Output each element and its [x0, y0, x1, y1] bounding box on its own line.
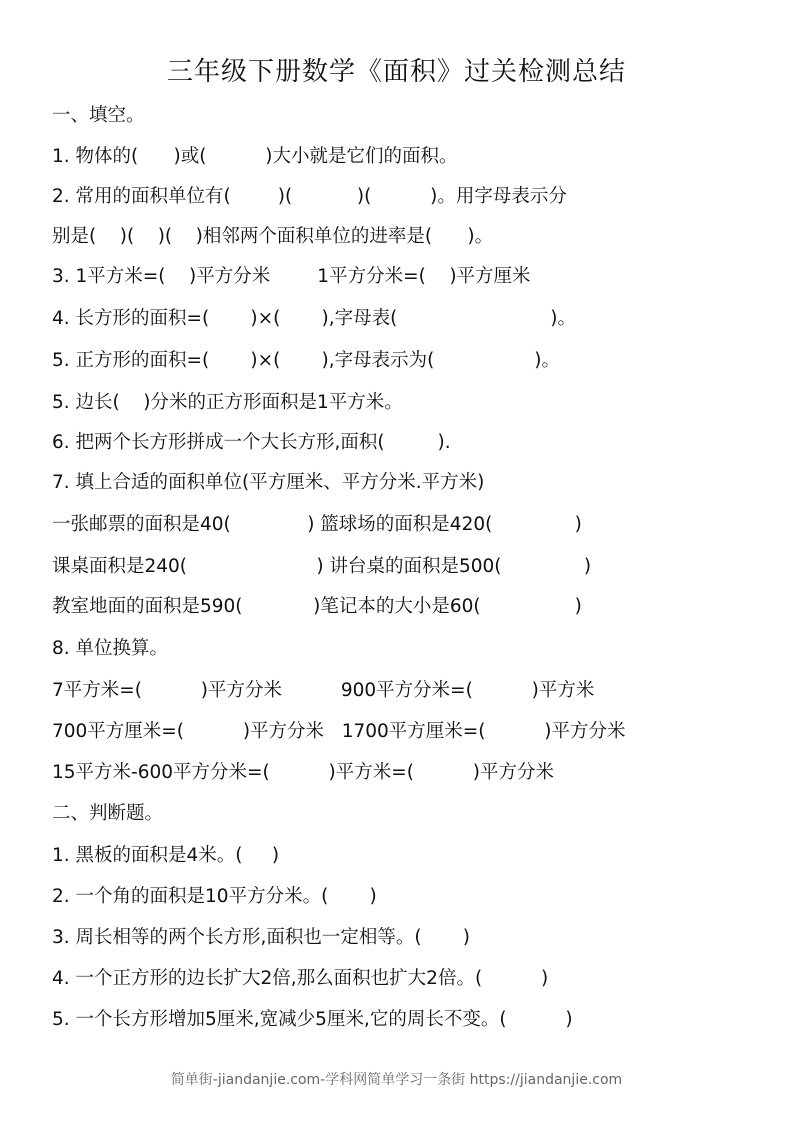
question-line: 4. 长方形的面积=( )×( ),字母表( )。 [52, 305, 576, 333]
question-line: 7. 填上合适的面积单位(平方厘米、平方分米.平方米) [52, 469, 484, 497]
page-title: 三年级下册数学《面积》过关检测总结 [0, 52, 793, 92]
section-heading-true-false: 二、判断题。 [52, 800, 163, 828]
question-line: 700平方厘米=( )平方分米 1700平方厘米=( )平方分米 [52, 718, 626, 746]
question-line: 7平方米=( )平方分米 900平方分米=( )平方米 [52, 677, 594, 705]
judgment-line: 3. 周长相等的两个长方形,面积也一定相等。( ) [52, 924, 470, 952]
judgment-line: 1. 黑板的面积是4米。( ) [52, 842, 279, 870]
question-line: 课桌面积是240( ) 讲台桌的面积是500( ) [52, 553, 591, 581]
judgment-line: 4. 一个正方形的边长扩大2倍,那么面积也扩大2倍。( ) [52, 965, 548, 993]
judgment-line: 5. 一个长方形增加5厘米,宽减少5厘米,它的周长不变。( ) [52, 1006, 573, 1034]
question-line: 3. 1平方米=( )平方分米 1平方分米=( )平方厘米 [52, 263, 531, 291]
section-heading-fill-in: 一、填空。 [52, 102, 145, 130]
question-line: 1. 物体的( )或( )大小就是它们的面积。 [52, 143, 458, 171]
judgment-line: 2. 一个角的面积是10平方分米。( ) [52, 883, 377, 911]
question-line: 2. 常用的面积单位有( )( )( )。用字母表示分 [52, 183, 567, 211]
question-line: 6. 把两个长方形拼成一个大长方形,面积( ). [52, 429, 451, 457]
question-line: 教室地面的面积是590( )笔记本的大小是60( ) [52, 593, 582, 621]
question-line: 15平方米-600平方分米=( )平方米=( )平方分米 [52, 759, 554, 787]
question-line: 5. 边长( )分米的正方形面积是1平方米。 [52, 389, 403, 417]
question-line: 别是( )( )( )相邻两个面积单位的进率是( )。 [52, 223, 493, 251]
question-line: 8. 单位换算。 [52, 635, 168, 663]
question-line: 一张邮票的面积是40( ) 篮球场的面积是420( ) [52, 511, 582, 539]
footer-watermark: 简单街-jiandanjie.com-学科网简单学习一条街 https://ji… [0, 1069, 793, 1089]
question-line: 5. 正方形的面积=( )×( ),字母表示为( )。 [52, 347, 560, 375]
